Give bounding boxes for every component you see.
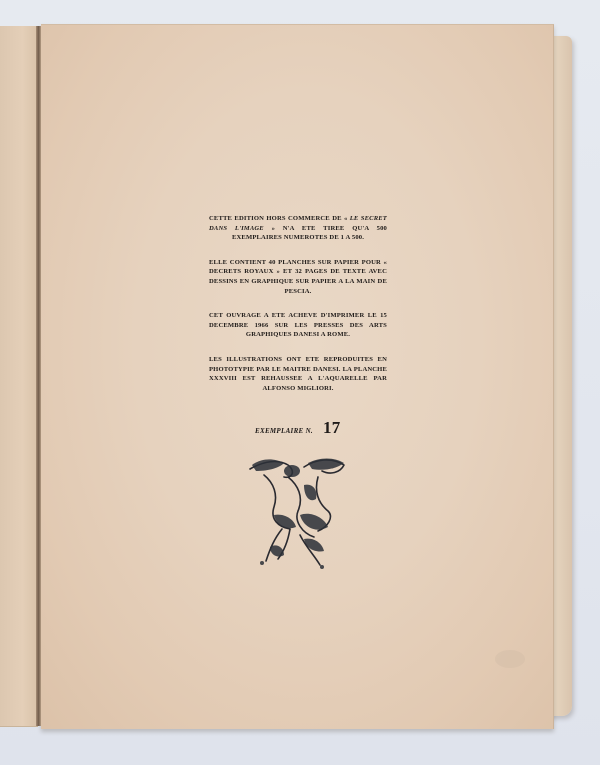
exemplaire-line: EXEMPLAIRE N. 17 <box>255 418 375 438</box>
paper-smudge <box>495 650 525 668</box>
colophon-paragraph-illustrations: LES ILLUSTRATIONS ONT ETE REPRODUITES EN… <box>209 355 387 393</box>
colophon-text: CETTE EDITION HORS COMMERCE DE « LE SECR… <box>209 214 387 408</box>
colophon-paragraph-contents: ELLE CONTIENT 40 PLANCHES SUR PAPIER POU… <box>209 258 387 296</box>
book-gutter <box>36 26 41 726</box>
colophon-paragraph-edition: CETTE EDITION HORS COMMERCE DE « LE SECR… <box>209 214 387 243</box>
left-page <box>0 26 38 727</box>
exemplaire-label: EXEMPLAIRE N. <box>255 427 313 435</box>
paragraph-lead: CETTE EDITION HORS COMMERCE DE « <box>209 215 350 222</box>
exemplaire-number: 17 <box>323 418 341 438</box>
colophon-paragraph-printing: CET OUVRAGE A ETE ACHEVE D'IMPRIMER LE 1… <box>209 311 387 340</box>
engraving-figures-icon <box>244 455 352 570</box>
